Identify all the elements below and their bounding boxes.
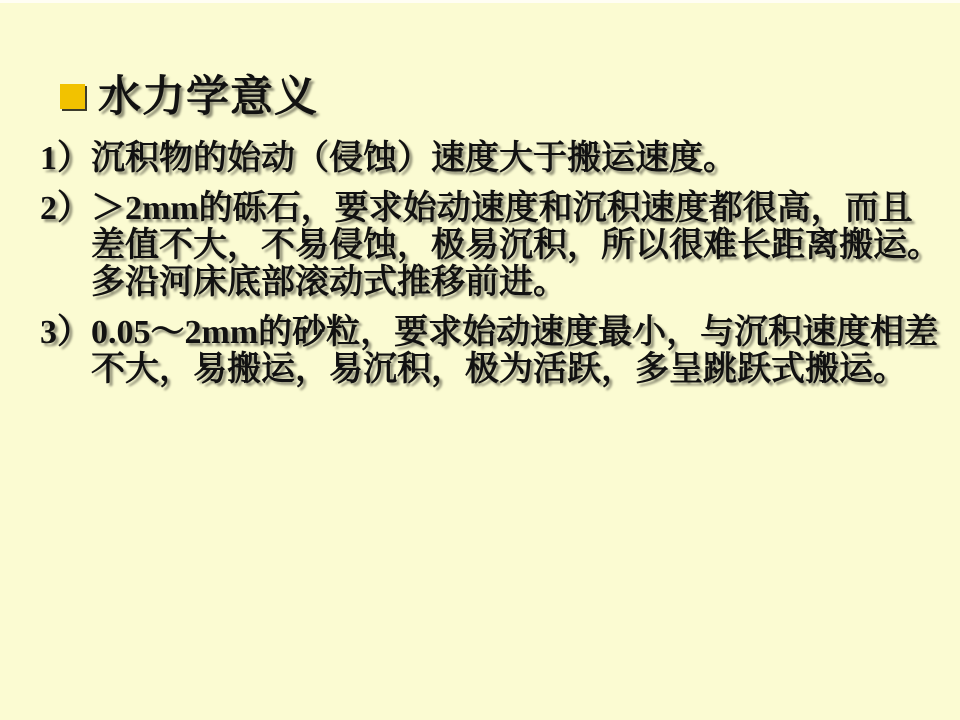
list-item-number: 2）	[40, 190, 91, 301]
square-bullet-icon	[60, 84, 85, 109]
list-item-text: 沉积物的始动（侵蚀）速度大于搬运速度。	[91, 140, 737, 177]
text-line: ＞2mm的砾石，要求始动速度和沉积速度都很高，而且	[91, 190, 941, 227]
text-line: 不大，易搬运，易沉积，极为活跃，多呈跳跃式搬运。	[91, 351, 938, 388]
list-item-number: 3）	[40, 314, 91, 388]
slide-heading: 水力学意义	[98, 63, 318, 124]
slide-content: 水力学意义 1） 沉积物的始动（侵蚀）速度大于搬运速度。 2） ＞2mm的砾石，…	[0, 3, 960, 388]
list-item-1: 1） 沉积物的始动（侵蚀）速度大于搬运速度。	[40, 140, 940, 177]
presentation-slide: 水力学意义 1） 沉积物的始动（侵蚀）速度大于搬运速度。 2） ＞2mm的砾石，…	[0, 0, 960, 720]
list-item-2: 2） ＞2mm的砾石，要求始动速度和沉积速度都很高，而且 差值不大，不易侵蚀，极…	[40, 190, 940, 301]
heading-row: 水力学意义	[60, 63, 940, 124]
text-line: 差值不大，不易侵蚀，极易沉积，所以很难长距离搬运。	[91, 227, 941, 264]
text-line: 0.05～2mm的砂粒，要求始动速度最小，与沉积速度相差	[91, 314, 938, 351]
text-line: 沉积物的始动（侵蚀）速度大于搬运速度。	[91, 140, 737, 177]
list-item-text: 0.05～2mm的砂粒，要求始动速度最小，与沉积速度相差 不大，易搬运，易沉积，…	[91, 314, 938, 388]
text-line: 多沿河床底部滚动式推移前进。	[91, 264, 941, 301]
list-item-3: 3） 0.05～2mm的砂粒，要求始动速度最小，与沉积速度相差 不大，易搬运，易…	[40, 314, 940, 388]
list-item-number: 1）	[40, 140, 91, 177]
list-item-text: ＞2mm的砾石，要求始动速度和沉积速度都很高，而且 差值不大，不易侵蚀，极易沉积…	[91, 190, 941, 301]
